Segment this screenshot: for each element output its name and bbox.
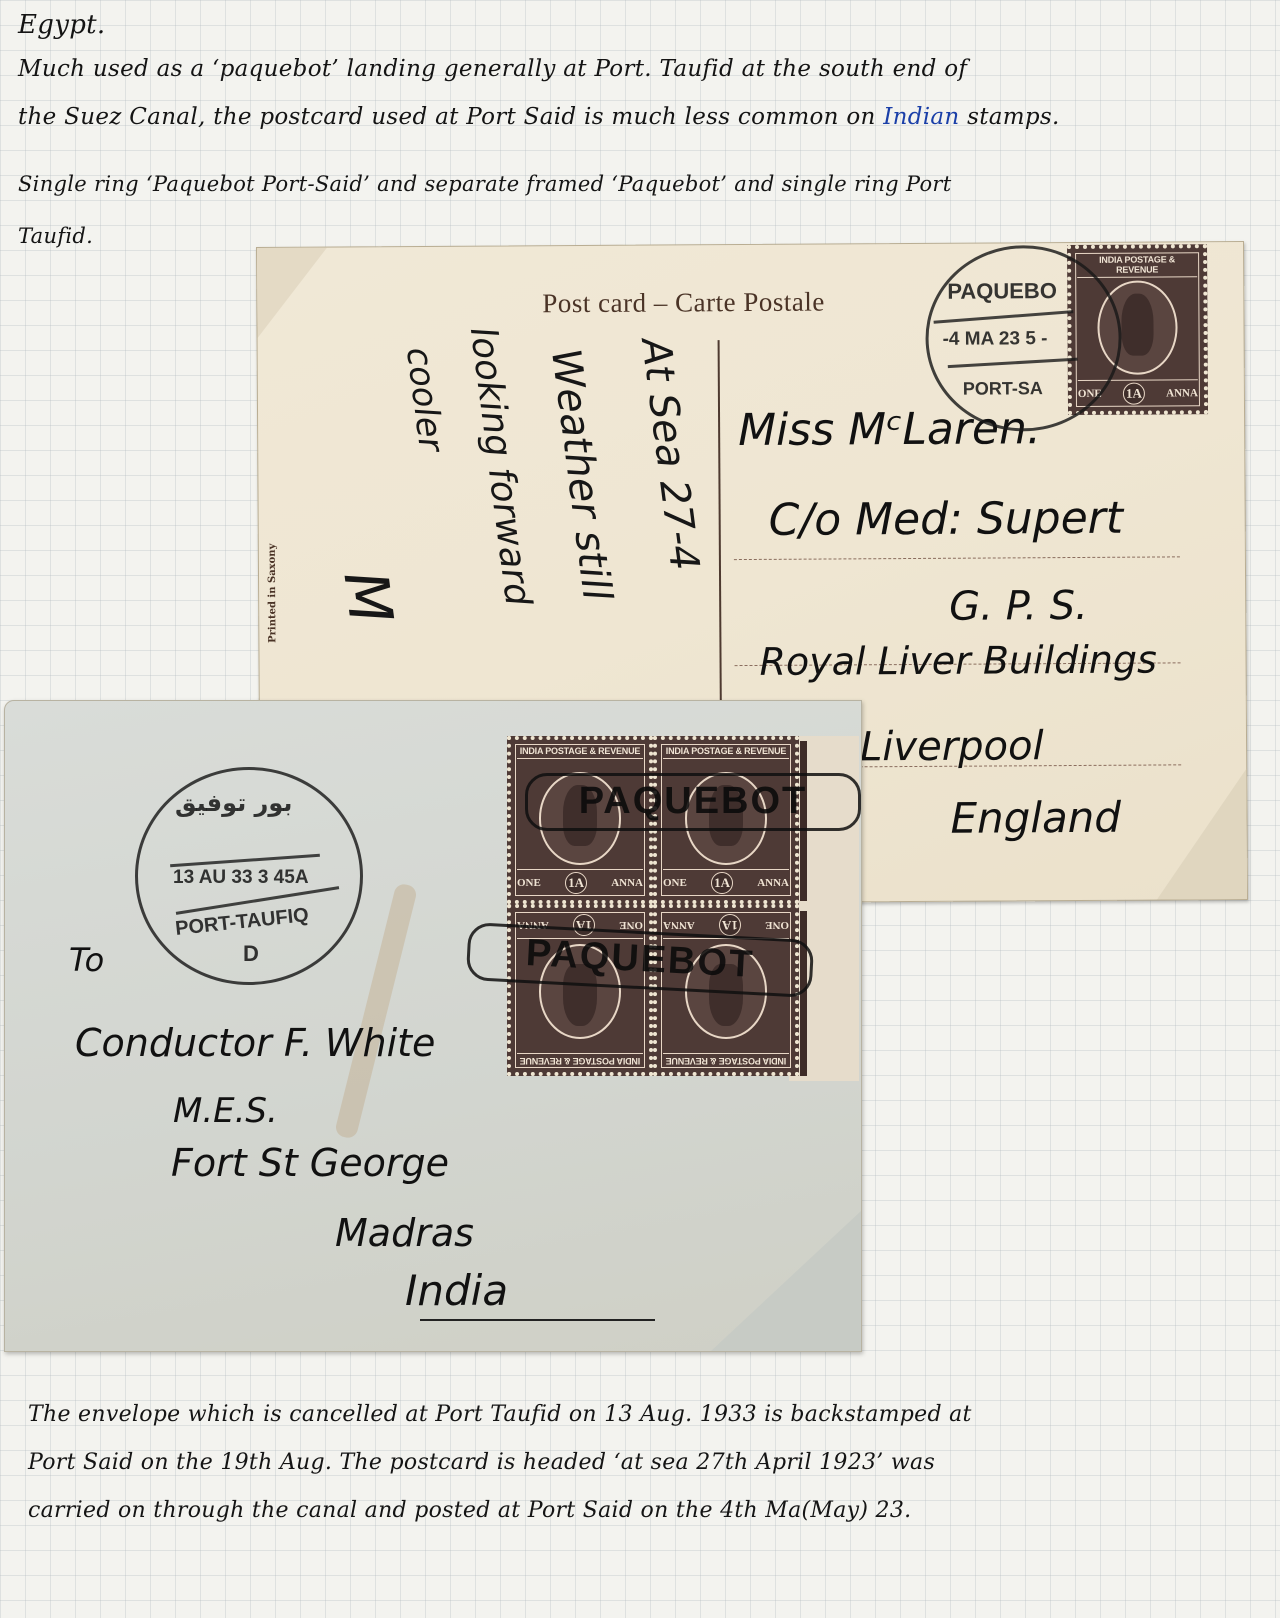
address-line: Royal Liver Buildings <box>759 638 1157 684</box>
stamp-anna-label: ANNA <box>1166 387 1198 399</box>
stamp-one-label: ONE <box>517 877 541 889</box>
stamp-anna-label: ANNA <box>757 877 789 889</box>
address-line: Fort St George <box>171 1141 449 1185</box>
envelope-corner-mount <box>711 1211 861 1351</box>
stamp-top-label: INDIA POSTAGE & REVENUE <box>663 746 789 759</box>
stamp-anna-label: ANNA <box>611 877 643 889</box>
subtitle-line-2: Taufid. <box>18 224 93 248</box>
address-line: Madras <box>335 1211 474 1255</box>
subtitle-line-1: Single ring ‘Paquebot Port-Said’ and sep… <box>18 172 952 196</box>
stamp-value: 1A <box>1123 383 1145 405</box>
address-line: Conductor F. White <box>75 1021 435 1065</box>
address-underline <box>420 1319 655 1321</box>
address-line: M.E.S. <box>173 1091 278 1131</box>
stamp-top-label: INDIA POSTAGE & REVENUE <box>517 1053 643 1066</box>
stamp-value: 1A <box>565 872 587 894</box>
stamp-anna-label: ANNA <box>663 919 695 931</box>
address-line: C/o Med: Supert <box>769 493 1124 546</box>
message-line: looking forward <box>462 324 539 608</box>
address-line: Liverpool <box>860 723 1044 770</box>
stamp-value: 1A <box>719 914 741 936</box>
intro-line-2: the Suez Canal, the postcard used at Por… <box>18 104 1060 130</box>
intro-line-2-tail: stamps. <box>960 104 1060 130</box>
stamp-top-label: INDIA POSTAGE & REVENUE <box>663 1053 789 1066</box>
stamp-one-label: ONE <box>765 919 789 931</box>
intro-line-2-text: the Suez Canal, the postcard used at Por… <box>18 104 883 130</box>
envelope: بور توفيق 13 AU 33 3 45A PORT-TAUFIQ D I… <box>4 700 862 1352</box>
stamp-value: 1A <box>711 872 733 894</box>
postcard-fold-corner <box>257 248 328 338</box>
postcard-title: Post card – Carte Postale <box>542 287 825 320</box>
footer-line-2: Port Said on the 19th Aug. The postcard … <box>28 1450 935 1475</box>
cancel-line-date: -4 MA 23 5 - <box>943 328 1048 351</box>
message-line: Weather still <box>542 346 620 603</box>
postcard-corner-mount <box>1156 769 1247 900</box>
address-rule <box>734 556 1180 560</box>
address-line: G. P. S. <box>949 583 1088 630</box>
cancel-line-paquebot: PAQUEBO <box>947 278 1057 305</box>
cancel-line-port-said: PORT-SA <box>963 378 1043 399</box>
message-line: At Sea 27-4 <box>632 335 708 573</box>
address-line: India <box>405 1266 508 1315</box>
message-line: cooler <box>398 345 451 454</box>
king-portrait-icon <box>1121 294 1153 356</box>
address-line: England <box>950 793 1121 843</box>
printed-in-saxony: Printed in Saxony <box>267 544 279 643</box>
framed-paquebot-cancel: PAQUEBOT <box>525 773 861 831</box>
intro-highlight: Indian <box>883 104 959 130</box>
intro-line-1: Much used as a ‘paquebot’ landing genera… <box>18 56 967 82</box>
cancel-date: 13 AU 33 3 45A <box>173 867 309 889</box>
stamp-one-label: ONE <box>663 877 687 889</box>
cancel-code: D <box>243 941 259 967</box>
footer-line-1: The envelope which is cancelled at Port … <box>28 1402 972 1427</box>
cancel-arabic: بور توفيق <box>175 789 292 817</box>
page-heading: Egypt. <box>18 10 105 40</box>
footer-line-3: carried on through the canal and posted … <box>28 1498 911 1523</box>
address-to: To <box>69 941 104 979</box>
stamp-top-label: INDIA POSTAGE & REVENUE <box>517 746 643 759</box>
message-signature: M <box>330 567 406 627</box>
